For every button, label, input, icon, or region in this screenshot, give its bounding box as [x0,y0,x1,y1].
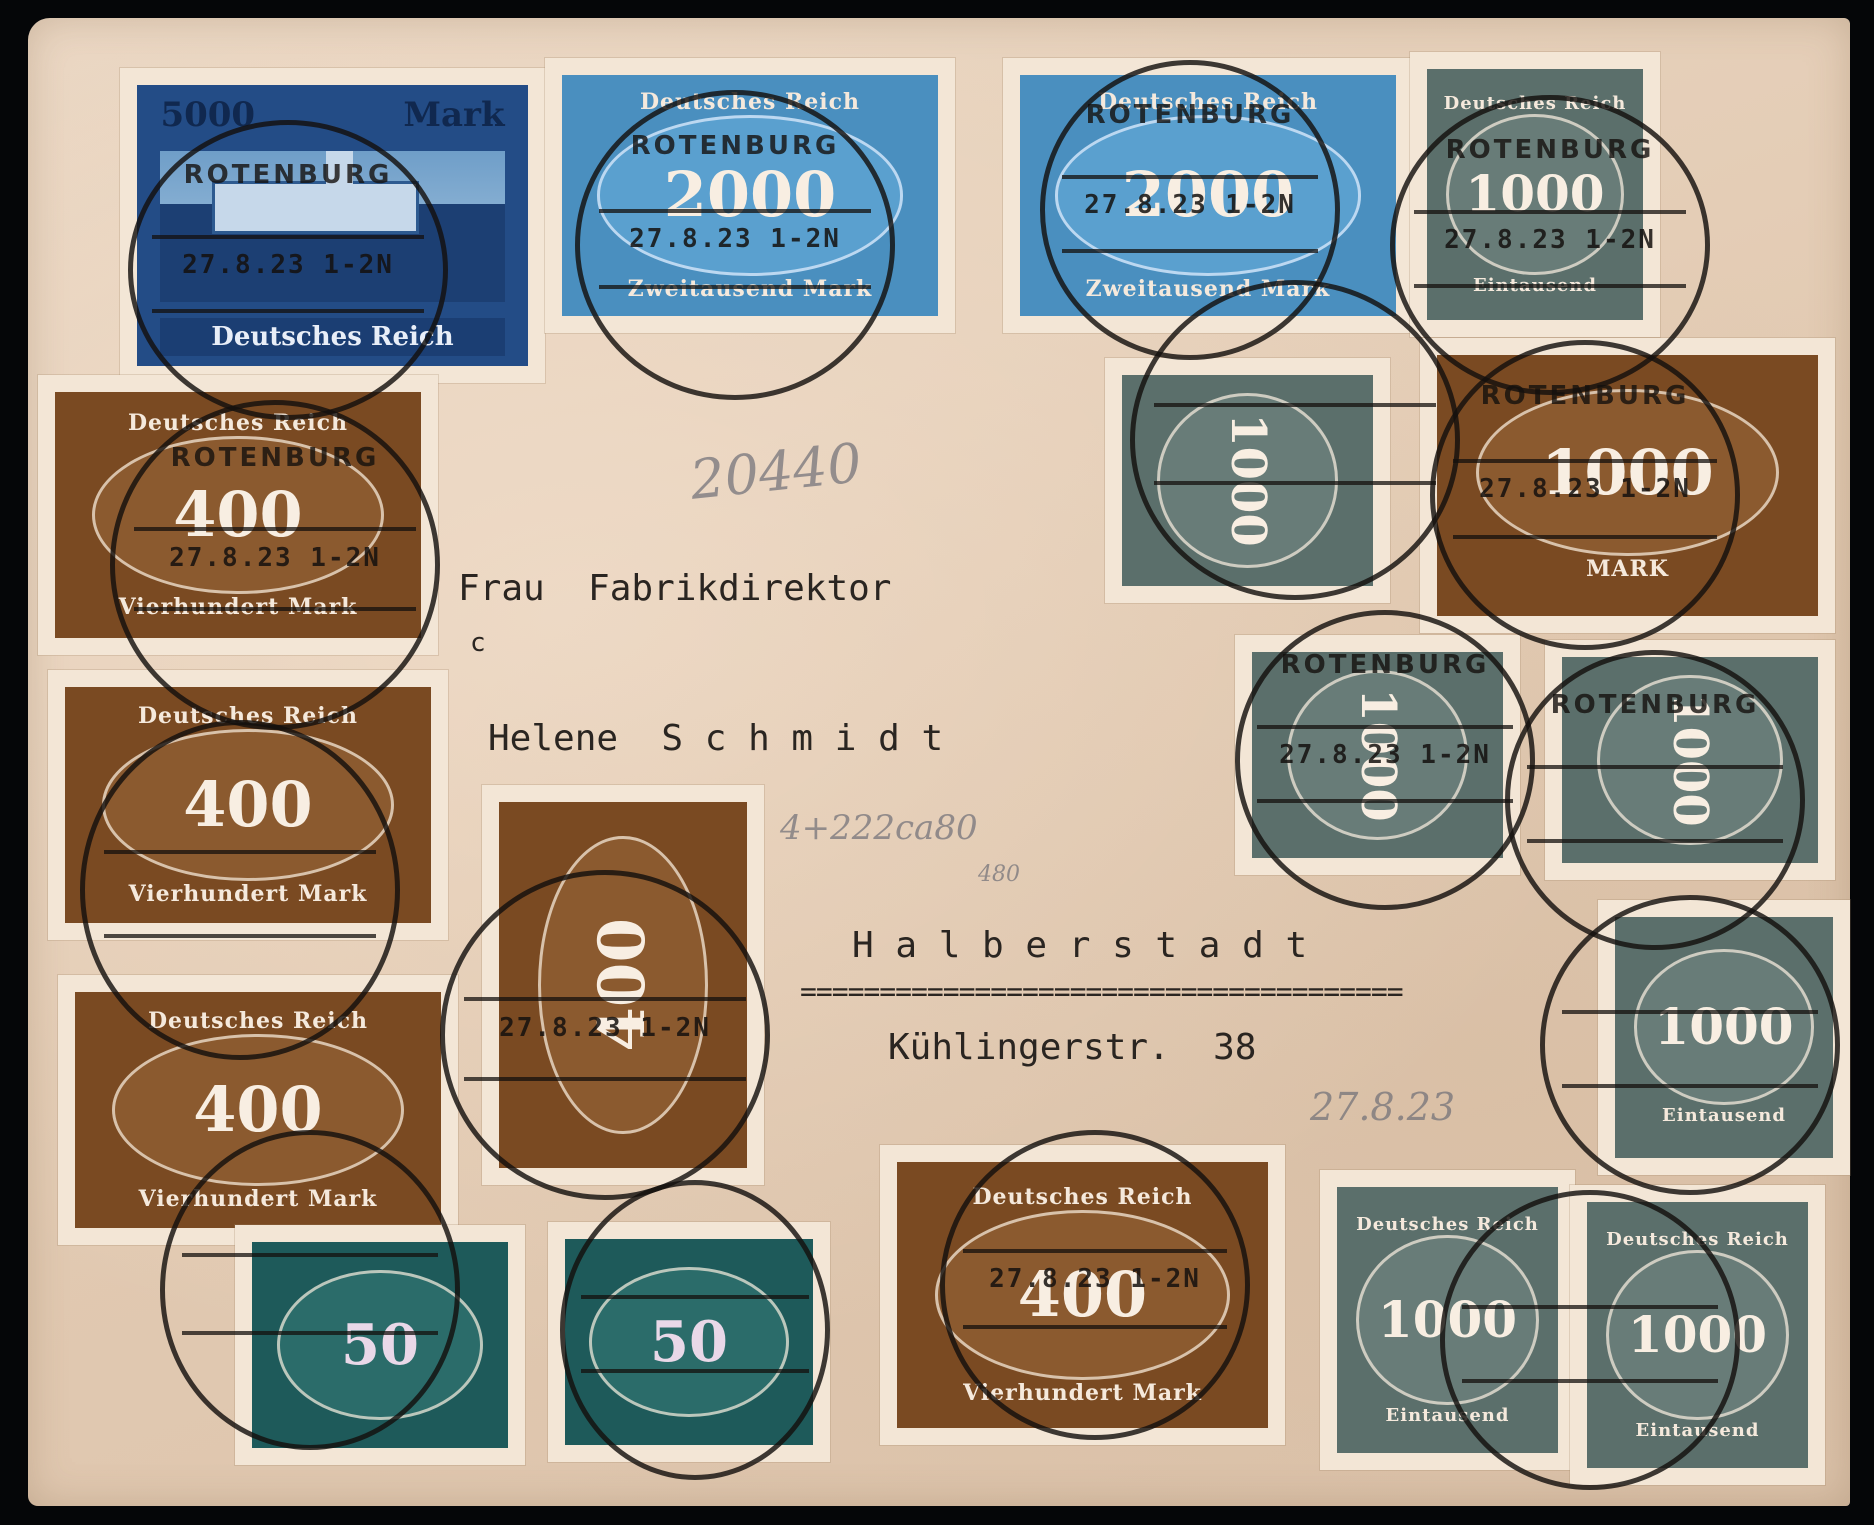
stamp-value: 1000 [1354,688,1402,822]
stamp-5000-mark: 5000Mark Deutsches Reich [120,68,545,383]
stamp-label: Deutsches Reich [160,318,504,356]
stamp-bottom-label: Eintausend [1386,1405,1510,1426]
stamp-1000-mark: Deutsches Reich 1000 Eintausend [1570,1185,1825,1485]
stamp-label: Deutsches Reich [148,1008,368,1034]
stamp-label: Deutsches Reich [1356,1214,1539,1235]
stamp-label: Deutsches Reich [128,410,348,436]
stamp-value: 1000 [1378,1295,1517,1345]
stamp-value: 400 [173,484,302,546]
stamp-bottom-label: Eintausend [1473,275,1597,296]
stamp-value: 1000 [1541,442,1714,504]
address-underline: ====================================== [800,975,1403,1008]
stamp-sub-label: Zweitausend Mark [1086,276,1331,302]
stamp-label: Deutsches Reich [1444,93,1627,114]
value-oval: 2000 [1055,115,1362,275]
stamp-value: 1000 [1465,169,1604,219]
stamp-400-mark: 1000 MARK [1420,338,1835,633]
value-oval: 400 [538,836,708,1135]
stamp-value: 400 [193,1079,322,1141]
stamp-label: Deutsches Reich [1606,1229,1789,1250]
value-oval: 1000 [1606,1250,1789,1421]
stamp-value: 50 [341,1317,419,1373]
stamp-sub-label: Vierhundert Mark [139,1186,378,1212]
value-oval: 400 [935,1210,1230,1381]
value-oval: 2000 [597,115,904,275]
stamp-2000-mark: Deutsches Reich 2000 Zweitausend Mark [1003,58,1413,333]
stamp-value: 400 [183,774,312,836]
stamp-sub-label: Vierhundert Mark [963,1380,1202,1406]
stamp-label: Deutsches Reich [1098,89,1318,115]
stamp-50-mark: 50 [235,1225,525,1465]
stamp-sub-label: Vierhundert Mark [129,881,368,907]
stamp-1000-mark: Deutsches Reich 1000 Eintausend [1410,52,1660,337]
castle-illustration [160,151,504,302]
stamp-label: Deutsches Reich [138,703,358,729]
stamp-value: 400 [1018,1264,1147,1326]
value-oval: 1000 [1287,670,1469,841]
value-oval: 1000 [1157,393,1339,568]
stamp-unit: Mark [403,95,504,135]
stamp-value: 1000 [1654,1002,1793,1052]
stamp-400-mark: Deutsches Reich 400 Vierhundert Mark [880,1145,1285,1445]
stamp-value: 50 [650,1314,728,1370]
stamp-1000-mark-rotated: 1000 [1235,635,1520,875]
address-marker: c [470,628,486,658]
stamp-value: 1000 [1628,1310,1767,1360]
stamp-400-mark: Deutsches Reich 400 Vierhundert Mark [38,375,438,655]
value-oval: 400 [92,436,383,595]
stamp-1000-mark-rotated: 1000 [1105,358,1390,603]
stamp-sub-label: MARK [1586,556,1669,582]
stamp-400-mark: Deutsches Reich 400 Vierhundert Mark [48,670,448,940]
pencil-note-date: 27.8.23 [1310,1085,1455,1129]
stamp-sub-label: Vierhundert Mark [119,594,358,620]
stamp-1000-mark: 1000 Eintausend [1598,900,1850,1175]
stamp-value: 1000 [1666,693,1714,827]
stamp-1000-mark-rotated: 1000 [1545,640,1835,880]
stamp-value: 400 [591,918,655,1052]
address-line-title: Frau Fabrikdirektor [458,568,891,609]
stamp-value: 2000 [664,164,837,226]
address-line-name: Helene S c h m i d t [488,718,943,759]
value-oval: 50 [589,1267,788,1417]
value-oval: 1000 [1634,949,1814,1104]
value-oval: 50 [277,1270,483,1420]
value-oval: 1000 [1597,675,1782,846]
stamp-50-mark: 50 [548,1222,830,1462]
pencil-note-middle: 4+222ca80 [780,808,978,848]
stamp-value: 5000 [160,95,255,135]
pencil-note-middle-sub: 480 [978,862,1020,887]
stamp-sub-label: Zweitausend Mark [628,276,873,302]
value-oval: 1000 [1356,1235,1539,1406]
address-line-street: Kühlingerstr. 38 [888,1027,1256,1068]
stamp-value: 2000 [1122,164,1295,226]
stamp-label: Deutsches Reich [972,1184,1192,1210]
value-oval: 400 [112,1034,403,1186]
value-oval: 1000 [1446,114,1625,276]
stamp-2000-mark: Deutsches Reich 2000 Zweitausend Mark [545,58,955,333]
stamp-value: 1000 [1224,414,1272,548]
value-oval: 400 [102,729,393,881]
stamp-bottom-label: Eintausend [1636,1420,1760,1441]
stamp-400-mark-vertical: 400 [482,785,764,1185]
stamp-1000-mark: Deutsches Reich 1000 Eintausend [1320,1170,1575,1470]
stamp-label: Deutsches Reich [640,89,860,115]
address-line-city: H a l b e r s t a d t [852,925,1307,966]
value-oval: 1000 [1476,389,1779,557]
stamp-bottom-label: Eintausend [1662,1105,1786,1126]
stamp-400-mark: Deutsches Reich 400 Vierhundert Mark [58,975,458,1245]
